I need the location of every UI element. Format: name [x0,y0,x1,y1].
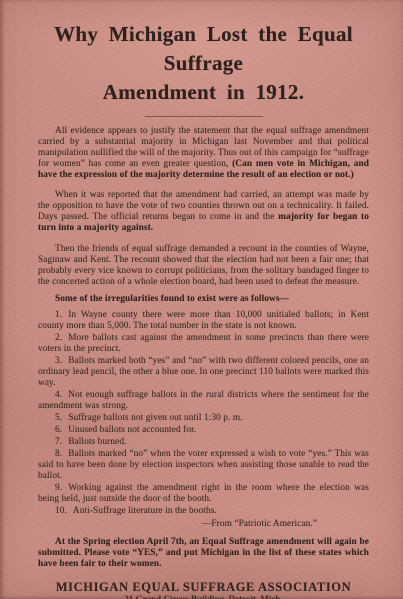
irregularity-item-1: 1.In Wayne county there were more than 1… [38,310,369,332]
item-number: 8. [55,449,62,459]
item-number: 1. [55,310,62,320]
item-number: 10. [55,506,67,516]
item-number: 9. [55,483,62,493]
irregularity-item-8: 8.Ballots marked “no” when the voter exp… [38,449,369,482]
item-number: 6. [55,425,62,435]
footer: MICHIGAN EQUAL SUFFRAGE ASSOCIATION 21 G… [38,580,369,599]
organization-address: 21 Grand Circus Building, Detroit, Mich. [38,594,369,599]
irregularity-item-3: 3.Ballots marked both “yes” and “no” wit… [38,356,369,389]
irregularities-list: 1.In Wayne county there were more than 1… [38,310,369,517]
item-text: Not enough suffrage ballots in the rural… [38,390,369,411]
page-title-line2: Amendment in 1912. [38,78,369,107]
item-text: Ballots marked both “yes” and “no” with … [38,356,369,388]
item-text: Working against the amendment right in t… [38,483,369,504]
closing-appeal: At the Spring election April 7th, an Equ… [38,537,369,570]
item-text: Ballots marked “no” when the voter expre… [38,449,369,481]
item-text: Unused ballots not accounted for. [68,425,196,435]
irregularity-item-9: 9.Working against the amendment right in… [38,483,369,505]
item-text: Anti-Suffrage literature in the booths. [73,506,217,516]
item-number: 7. [55,437,62,447]
organization-name: MICHIGAN EQUAL SUFFRAGE ASSOCIATION [38,580,369,594]
leaflet-page: Why Michigan Lost the Equal Suffrage Ame… [0,0,403,599]
irregularity-item-6: 6.Unused ballots not accounted for. [38,425,369,436]
paragraph-recount: Then the friends of equal suffrage deman… [38,244,369,288]
irregularity-item-2: 2.More ballots cast against the amendmen… [38,333,369,355]
page-title-line1: Why Michigan Lost the Equal Suffrage [38,20,369,78]
item-text: More ballots cast against the amendment … [38,333,369,354]
item-number: 5. [55,413,62,423]
irregularity-item-5: 5.Suffrage ballots not given out until 1… [38,413,369,424]
irregularities-heading: Some of the irregularities found to exis… [38,294,369,305]
irregularity-item-10: 10.Anti-Suffrage literature in the booth… [38,506,369,517]
paragraph-evidence: All evidence appears to justify the stat… [38,126,369,181]
item-number: 4. [55,390,62,400]
paragraph-returns: When it was reported that the amendment … [38,190,369,234]
item-text: Suffrage ballots not given out until 1:3… [68,413,242,423]
item-text: Ballots burned. [68,437,126,447]
source-attribution: —From “Patriotic American.” [38,519,369,530]
page-title: Why Michigan Lost the Equal Suffrage Ame… [38,20,369,107]
irregularity-item-4: 4.Not enough suffrage ballots in the rur… [38,390,369,412]
irregularity-item-7: 7.Ballots burned. [38,437,369,448]
item-text: In Wayne county there were more than 10,… [38,310,369,331]
title-divider-rule [145,116,263,117]
item-number: 2. [55,333,62,343]
item-number: 3. [55,356,62,366]
